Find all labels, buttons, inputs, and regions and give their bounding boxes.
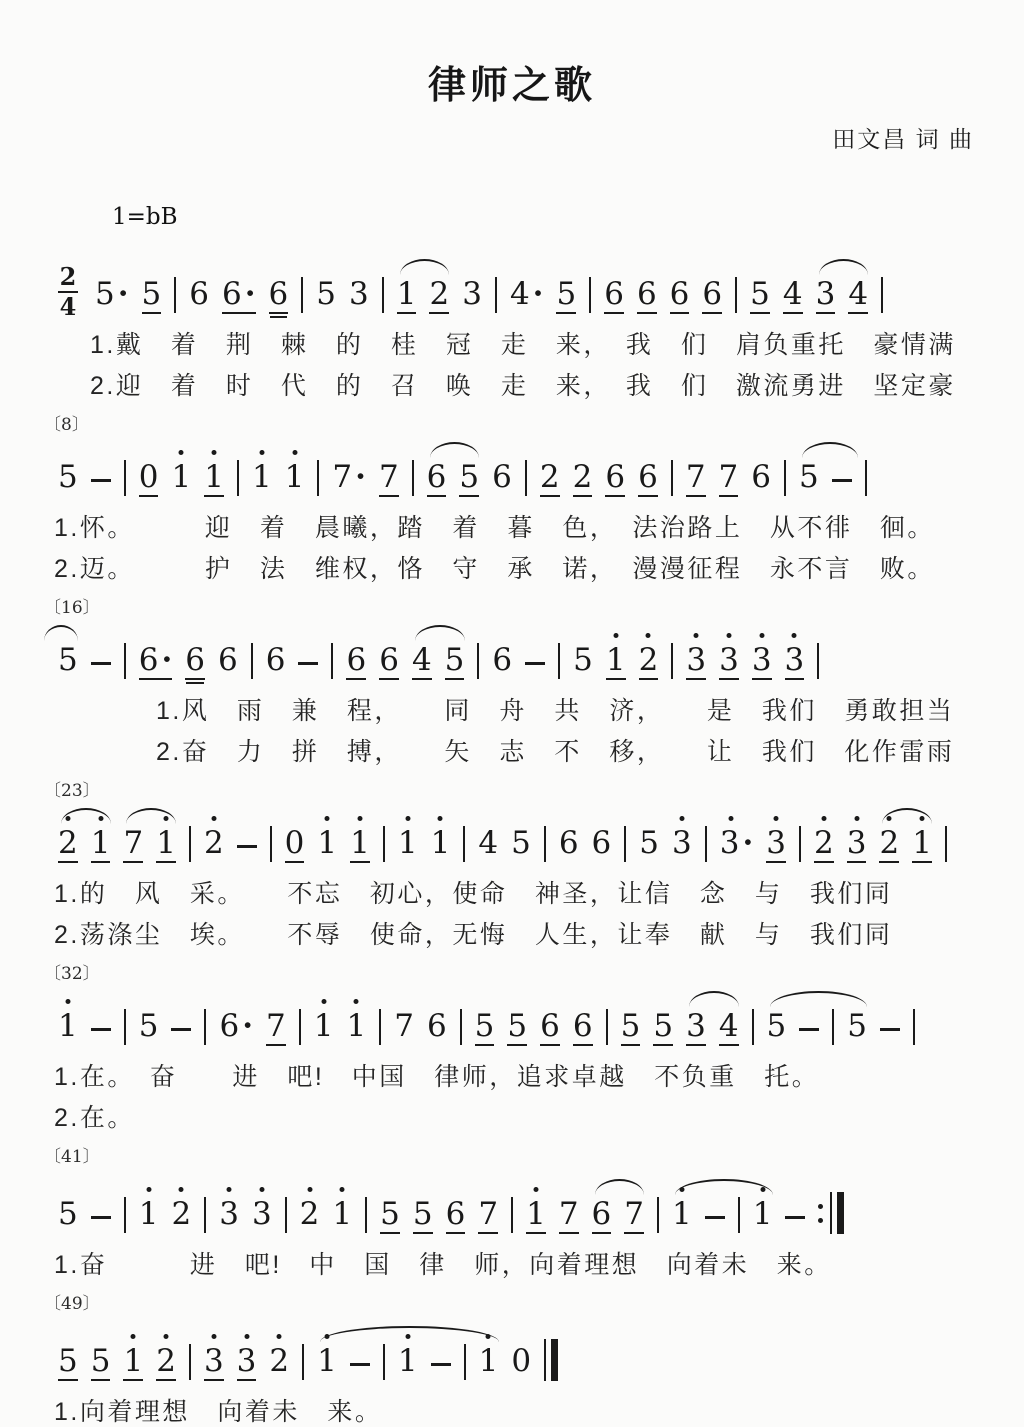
note-2: 2 bbox=[814, 828, 834, 863]
time-signature: 24 bbox=[58, 265, 78, 319]
note-5: 5 bbox=[556, 279, 576, 314]
barline bbox=[383, 1344, 385, 1380]
note-6: 6 bbox=[605, 462, 625, 497]
note-3: 3 bbox=[686, 1011, 706, 1046]
barline bbox=[832, 1009, 834, 1045]
dash-note bbox=[350, 1363, 370, 1366]
note-5: 5 bbox=[653, 1011, 673, 1046]
note-5: 5 bbox=[621, 1011, 641, 1046]
note-7: 7 bbox=[123, 828, 143, 863]
barline bbox=[544, 826, 546, 862]
note-2: 2 bbox=[573, 462, 593, 497]
lyrics-verse-2: 2.迈。 护 法 维权，恪 守 承 诺， 漫漫征程 永不言 败。 bbox=[44, 553, 988, 585]
note-4: 4 bbox=[412, 645, 432, 680]
note-6: 6· bbox=[139, 645, 173, 680]
measure-marker: 〔8〕 bbox=[44, 415, 988, 435]
note-5: 5 bbox=[58, 1199, 78, 1234]
notation-row: 51233215567176711 bbox=[44, 1167, 988, 1240]
barline bbox=[913, 1009, 915, 1045]
time-sig-numerator: 2 bbox=[60, 265, 77, 289]
note-6: 6 bbox=[427, 462, 447, 497]
augmentation-dot: · bbox=[355, 462, 366, 493]
barline bbox=[124, 1197, 126, 1233]
note-1: 1 bbox=[606, 645, 626, 680]
note-3: 3 bbox=[752, 645, 772, 680]
lyrics-verse-1: 1.在。 奋 进 吧! 中国 律师，追求卓越 不负重 托。 bbox=[44, 1061, 988, 1093]
note-1: 1 bbox=[398, 1346, 418, 1381]
augmentation-dot: · bbox=[161, 645, 172, 676]
score-system-7: 〔49〕551233211101.向着理想 向着未 来。 bbox=[44, 1294, 988, 1427]
barline bbox=[317, 460, 319, 496]
note-1: 1 bbox=[156, 828, 176, 863]
lyrics-verse-2: 2.荡涤尘 埃。 不辱 使命，无悔 人生，让奉 献 与 我们同 bbox=[44, 919, 988, 951]
barline bbox=[671, 460, 673, 496]
note-5: 5 bbox=[639, 828, 659, 863]
lyrics-verse-1: 1.的 风 采。 不忘 初心，使命 神圣，让信 念 与 我们同 bbox=[44, 878, 988, 910]
note-2: 2 bbox=[156, 1346, 176, 1381]
tie-arc bbox=[320, 1326, 499, 1342]
tie-arc bbox=[595, 1179, 644, 1195]
note-2: 2 bbox=[204, 828, 224, 863]
note-5: 5 bbox=[507, 1011, 527, 1046]
note-6: 6 bbox=[492, 645, 512, 680]
note-5: 5 bbox=[573, 645, 593, 680]
lyrics-verse-1: 1.奋 进 吧! 中 国 律 师，向着理想 向着未 来。 bbox=[44, 1249, 988, 1281]
note-5: 5· bbox=[95, 279, 129, 314]
notation-row: 56·666664565123333 bbox=[44, 618, 988, 686]
dash-note bbox=[799, 1028, 819, 1031]
tie-arc bbox=[44, 625, 78, 641]
note-5: 5 bbox=[91, 1346, 111, 1381]
barline bbox=[379, 1009, 381, 1045]
barline bbox=[460, 1009, 462, 1045]
tie-arc bbox=[675, 1179, 773, 1195]
lyrics-verse-1: 1.怀。 迎 着 晨曦，踏 着 暮 色， 法治路上 从不徘 徊。 bbox=[44, 512, 988, 544]
tie-arc bbox=[819, 259, 868, 275]
note-4: 4 bbox=[478, 828, 498, 863]
note-6: 6 bbox=[269, 279, 289, 314]
notation-row: 5011117·765622667765 bbox=[44, 435, 988, 503]
note-5: 5 bbox=[58, 462, 78, 497]
note-2: 2 bbox=[639, 645, 659, 680]
barline bbox=[299, 1009, 301, 1045]
barline bbox=[511, 1197, 513, 1233]
barline bbox=[671, 643, 673, 679]
augmentation-dot: · bbox=[242, 1011, 253, 1042]
barline bbox=[738, 1197, 740, 1233]
augmentation-dot: · bbox=[533, 279, 544, 310]
lyrics-verse-1: 1.风 雨 兼 程， 同 舟 共 济， 是 我们 勇敢担当 bbox=[44, 695, 988, 727]
tie-arc bbox=[415, 625, 465, 641]
note-6: 6 bbox=[540, 1011, 560, 1046]
barline bbox=[463, 826, 465, 862]
tie-arc bbox=[882, 808, 932, 824]
note-3: 3 bbox=[219, 1199, 239, 1234]
note-6: 6 bbox=[559, 828, 579, 863]
measure-marker: 〔49〕 bbox=[44, 1294, 988, 1314]
dash-note bbox=[91, 662, 111, 665]
augmentation-dot: · bbox=[245, 279, 256, 310]
barline bbox=[124, 460, 126, 496]
note-1: 1 bbox=[346, 1011, 366, 1046]
sheet-music-page: 律师之歌 田文昌 词 曲 1=bB 245·566·6531234·566665… bbox=[0, 0, 1024, 1427]
barline bbox=[705, 826, 707, 862]
measure-marker: 〔23〕 bbox=[44, 781, 988, 801]
barline bbox=[558, 643, 560, 679]
note-6: 6 bbox=[638, 462, 658, 497]
dash-note bbox=[237, 845, 257, 848]
barline bbox=[525, 460, 527, 496]
barline bbox=[799, 826, 801, 862]
augmentation-dot: · bbox=[742, 828, 753, 859]
dash-note bbox=[91, 1028, 111, 1031]
tie-arc bbox=[126, 808, 176, 824]
lyrics-verse-2: 2.奋 力 拼 搏， 矢 志 不 移， 让 我们 化作雷雨 bbox=[44, 736, 988, 768]
barline bbox=[285, 1197, 287, 1233]
note-3: 3 bbox=[686, 645, 706, 680]
barline bbox=[606, 1009, 608, 1045]
note-1: 1 bbox=[431, 828, 451, 863]
note-2: 2 bbox=[171, 1199, 191, 1234]
note-6: 6 bbox=[266, 645, 286, 680]
note-7: 7· bbox=[332, 462, 366, 497]
note-3: 3 bbox=[766, 828, 786, 863]
barline bbox=[270, 826, 272, 862]
barline bbox=[189, 826, 191, 862]
note-5: 5 bbox=[475, 1011, 495, 1046]
note-2: 2 bbox=[58, 828, 78, 863]
barline bbox=[204, 1009, 206, 1045]
score-system-1: 245·566·6531234·5666654341.戴 着 荆 棘 的 桂 冠… bbox=[44, 240, 988, 402]
note-1: 1 bbox=[317, 828, 337, 863]
note-7: 7 bbox=[624, 1199, 644, 1234]
tie-arc bbox=[770, 991, 867, 1007]
note-6: 6 bbox=[592, 828, 612, 863]
barline bbox=[251, 643, 253, 679]
note-6: 6 bbox=[185, 645, 205, 680]
note-3: 3 bbox=[816, 279, 836, 314]
note-5: 5 bbox=[413, 1199, 433, 1234]
notation-row: 55123321110 bbox=[44, 1314, 988, 1387]
lyrics-verse-1: 1.戴 着 荆 棘 的 桂 冠 走 来， 我 们 肩负重托 豪情满 bbox=[44, 329, 988, 361]
composer-credit: 田文昌 词 曲 bbox=[0, 121, 1024, 154]
note-5: 5 bbox=[799, 462, 819, 497]
barline bbox=[657, 1197, 659, 1233]
measure-marker: 〔16〕 bbox=[44, 598, 988, 618]
barline bbox=[382, 277, 384, 313]
note-5: 5 bbox=[142, 279, 162, 314]
measure-marker: 〔32〕 bbox=[44, 964, 988, 984]
tie-arc bbox=[802, 442, 858, 458]
note-2: 2 bbox=[540, 462, 560, 497]
note-3: 3 bbox=[204, 1346, 224, 1381]
notation-row: 245·566·6531234·566665434 bbox=[44, 240, 988, 320]
note-1: 1 bbox=[285, 462, 305, 497]
barline bbox=[331, 643, 333, 679]
dash-note bbox=[832, 479, 852, 482]
barline bbox=[189, 1344, 191, 1380]
note-3: 3 bbox=[462, 279, 482, 314]
note-4: 4· bbox=[510, 279, 544, 314]
note-7: 7 bbox=[559, 1199, 579, 1234]
note-5: 5 bbox=[139, 1011, 159, 1046]
barline bbox=[784, 460, 786, 496]
note-6: 6 bbox=[492, 462, 512, 497]
barline bbox=[383, 826, 385, 862]
note-1: 1 bbox=[672, 1199, 692, 1234]
note-1: 1 bbox=[314, 1011, 334, 1046]
repeat-barline bbox=[818, 1192, 844, 1234]
note-1: 1 bbox=[397, 279, 417, 314]
note-2: 2 bbox=[300, 1199, 320, 1234]
note-7: 7 bbox=[719, 462, 739, 497]
tie-arc bbox=[61, 808, 111, 824]
note-1: 1 bbox=[398, 828, 418, 863]
barline bbox=[589, 277, 591, 313]
note-7: 7 bbox=[394, 1011, 414, 1046]
tie-arc bbox=[430, 442, 479, 458]
note-6: 6· bbox=[222, 279, 256, 314]
note-6: 6 bbox=[604, 279, 624, 314]
note-1: 1 bbox=[350, 828, 370, 863]
note-3: 3 bbox=[719, 645, 739, 680]
note-5: 5 bbox=[511, 828, 531, 863]
note-5: 5 bbox=[445, 645, 465, 680]
note-1: 1 bbox=[317, 1346, 337, 1381]
note-2: 2 bbox=[429, 279, 449, 314]
rest-note: 0 bbox=[511, 1346, 531, 1381]
note-5: 5 bbox=[58, 1346, 78, 1381]
score-system-4: 〔23〕21712011114566533·323211.的 风 采。 不忘 初… bbox=[44, 781, 988, 951]
lyrics-verse-2: 2.迎 着 时 代 的 召 唤 走 来， 我 们 激流勇进 坚定豪 bbox=[44, 370, 988, 402]
barline bbox=[301, 277, 303, 313]
note-4: 4 bbox=[848, 279, 868, 314]
note-5: 5 bbox=[767, 1011, 787, 1046]
note-1: 1 bbox=[526, 1199, 546, 1234]
note-5: 5 bbox=[847, 1011, 867, 1046]
note-1: 1 bbox=[479, 1346, 499, 1381]
barline bbox=[174, 277, 176, 313]
score: 245·566·6531234·5666654341.戴 着 荆 棘 的 桂 冠… bbox=[44, 240, 988, 1427]
note-4: 4 bbox=[719, 1011, 739, 1046]
note-6: 6 bbox=[670, 279, 690, 314]
dash-note bbox=[431, 1363, 451, 1366]
score-system-3: 〔16〕56·6666645651233331.风 雨 兼 程， 同 舟 共 济… bbox=[44, 598, 988, 768]
note-6: 6 bbox=[189, 279, 209, 314]
note-6: 6· bbox=[219, 1011, 253, 1046]
barline bbox=[204, 1197, 206, 1233]
tie-arc bbox=[400, 259, 449, 275]
final-barline bbox=[544, 1339, 558, 1381]
augmentation-dot: · bbox=[118, 279, 129, 310]
note-1: 1 bbox=[332, 1199, 352, 1234]
dash-note bbox=[705, 1216, 725, 1219]
barline bbox=[124, 643, 126, 679]
note-6: 6 bbox=[446, 1199, 466, 1234]
note-3: 3 bbox=[349, 279, 369, 314]
note-7: 7 bbox=[266, 1011, 286, 1046]
note-1: 1 bbox=[123, 1346, 143, 1381]
dash-note bbox=[785, 1216, 805, 1219]
note-1: 1 bbox=[171, 462, 191, 497]
barline bbox=[817, 643, 819, 679]
score-system-6: 〔41〕512332155671767111.奋 进 吧! 中 国 律 师，向着… bbox=[44, 1147, 988, 1281]
note-6: 6 bbox=[573, 1011, 593, 1046]
barline bbox=[752, 1009, 754, 1045]
barline bbox=[477, 643, 479, 679]
note-1: 1 bbox=[91, 828, 111, 863]
barline bbox=[735, 277, 737, 313]
barline bbox=[624, 826, 626, 862]
note-7: 7 bbox=[379, 462, 399, 497]
barline bbox=[124, 1009, 126, 1045]
note-4: 4 bbox=[783, 279, 803, 314]
time-sig-denominator: 4 bbox=[60, 295, 77, 319]
note-6: 6 bbox=[592, 1199, 612, 1234]
note-5: 5 bbox=[58, 645, 78, 680]
note-6: 6 bbox=[379, 645, 399, 680]
note-1: 1 bbox=[204, 462, 224, 497]
note-6: 6 bbox=[702, 279, 722, 314]
measure-marker: 〔41〕 bbox=[44, 1147, 988, 1167]
note-3: 3 bbox=[672, 828, 692, 863]
barline bbox=[881, 277, 883, 313]
dash-note bbox=[91, 479, 111, 482]
lyrics-verse-1: 1.向着理想 向着未 来。 bbox=[44, 1396, 988, 1427]
barline bbox=[237, 460, 239, 496]
dash-note bbox=[298, 662, 318, 665]
rest-note: 0 bbox=[139, 462, 159, 497]
barline bbox=[302, 1344, 304, 1380]
note-5: 5 bbox=[750, 279, 770, 314]
dash-note bbox=[525, 662, 545, 665]
note-6: 6 bbox=[751, 462, 771, 497]
barline bbox=[412, 460, 414, 496]
note-6: 6 bbox=[218, 645, 238, 680]
note-3: 3 bbox=[785, 645, 805, 680]
note-3: 3 bbox=[847, 828, 867, 863]
note-5: 5 bbox=[316, 279, 336, 314]
note-5: 5 bbox=[380, 1199, 400, 1234]
dash-note bbox=[171, 1028, 191, 1031]
note-6: 6 bbox=[427, 1011, 447, 1046]
score-system-5: 〔32〕156·7117655665534551.在。 奋 进 吧! 中国 律师… bbox=[44, 964, 988, 1134]
note-6: 6 bbox=[346, 645, 366, 680]
note-5: 5 bbox=[459, 462, 479, 497]
note-2: 2 bbox=[879, 828, 899, 863]
note-1: 1 bbox=[139, 1199, 159, 1234]
note-1: 1 bbox=[753, 1199, 773, 1234]
rest-note: 0 bbox=[285, 828, 305, 863]
note-1: 1 bbox=[58, 1011, 78, 1046]
lyrics-verse-2: 2.在。 bbox=[44, 1102, 988, 1134]
note-3: 3 bbox=[252, 1199, 272, 1234]
note-1: 1 bbox=[912, 828, 932, 863]
note-6: 6 bbox=[637, 279, 657, 314]
barline bbox=[945, 826, 947, 862]
note-7: 7 bbox=[686, 462, 706, 497]
dash-note bbox=[880, 1028, 900, 1031]
note-2: 2 bbox=[269, 1346, 289, 1381]
barline bbox=[865, 460, 867, 496]
key-signature: 1=bB bbox=[112, 204, 1024, 230]
notation-row: 21712011114566533·32321 bbox=[44, 801, 988, 869]
note-3: 3 bbox=[237, 1346, 257, 1381]
note-3: 3· bbox=[720, 828, 754, 863]
barline bbox=[495, 277, 497, 313]
note-1: 1 bbox=[252, 462, 272, 497]
notation-row: 156·711765566553455 bbox=[44, 984, 988, 1052]
dash-note bbox=[91, 1216, 111, 1219]
song-title: 律师之歌 bbox=[0, 54, 1024, 109]
note-7: 7 bbox=[478, 1199, 498, 1234]
tie-arc bbox=[689, 991, 739, 1007]
barline bbox=[464, 1344, 466, 1380]
barline bbox=[365, 1197, 367, 1233]
score-system-2: 〔8〕5011117·7656226677651.怀。 迎 着 晨曦，踏 着 暮… bbox=[44, 415, 988, 585]
